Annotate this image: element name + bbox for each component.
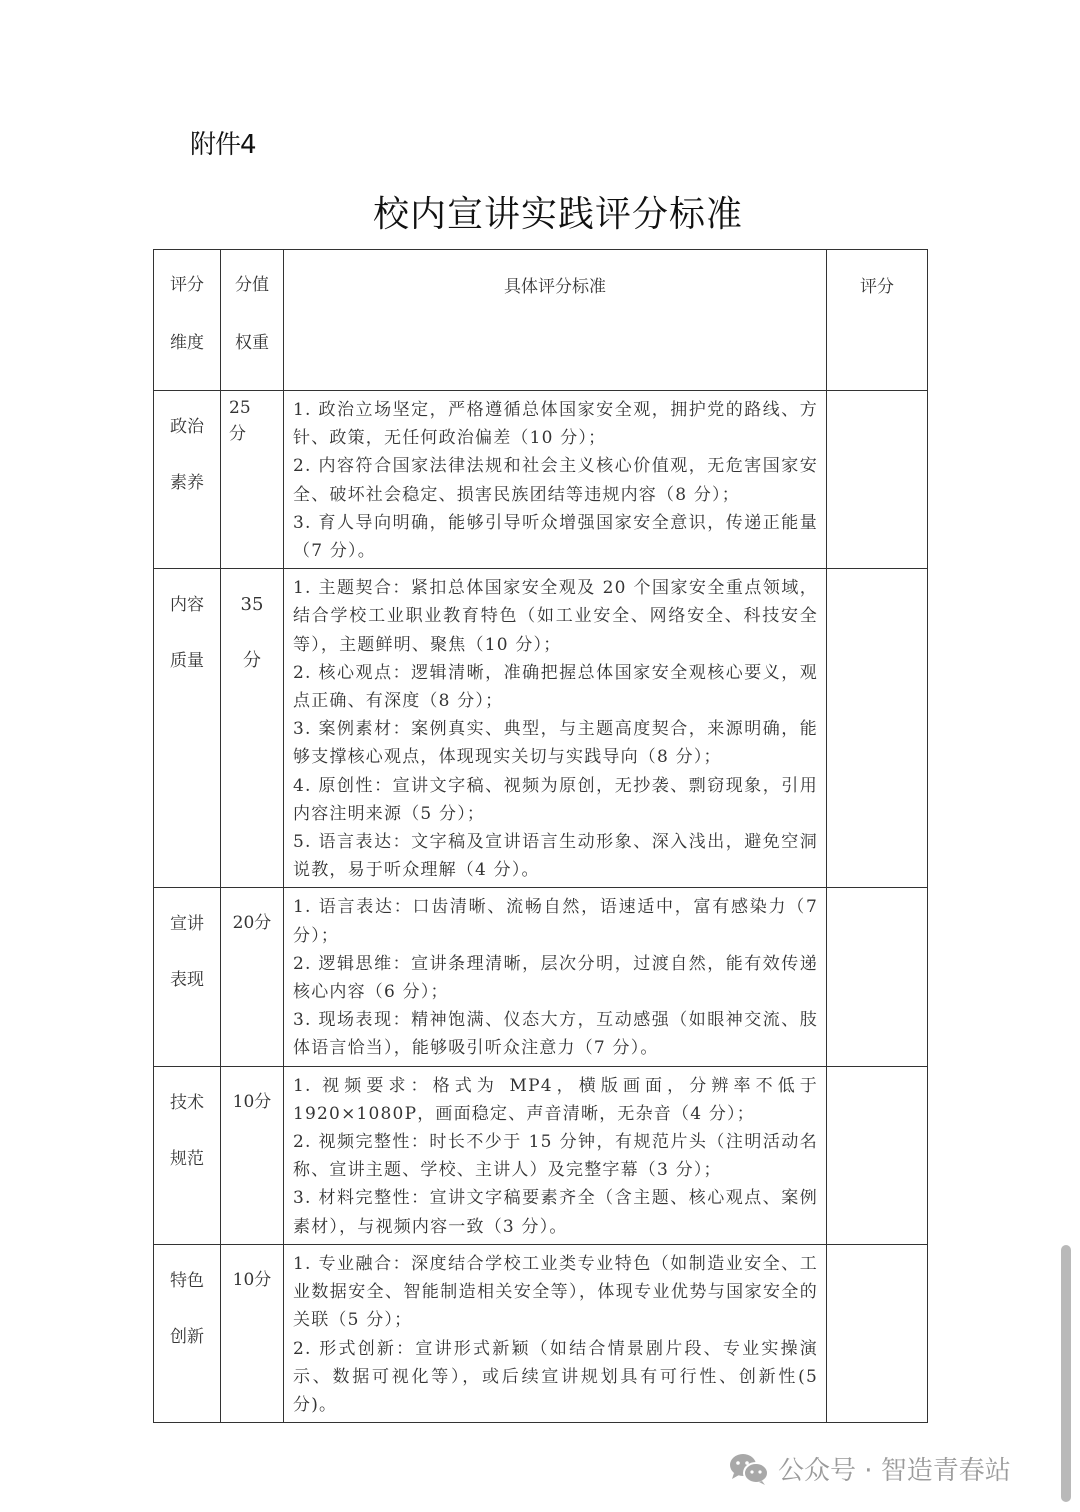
header-dimension-line1: 评分	[154, 256, 220, 314]
row-dimension: 特色 创新	[154, 1244, 221, 1422]
header-weight: 分值 权重	[221, 250, 284, 391]
criteria-item: 3. 案例素材：案例真实、典型，与主题高度契合，来源明确，能够支撑核心观点，体现…	[293, 715, 818, 771]
header-score: 评分	[827, 250, 928, 391]
score-input-cell[interactable]	[827, 569, 928, 888]
dimension-line1: 内容	[154, 577, 220, 633]
criteria-item: 3. 材料完整性：宣讲文字稿要素齐全（含主题、核心观点、案例素材），与视频内容一…	[293, 1184, 818, 1240]
row-dimension: 内容 质量	[154, 569, 221, 888]
row-weight: 35 分	[221, 569, 284, 888]
wechat-icon	[728, 1452, 770, 1486]
table-row: 特色 创新 10分 1. 专业融合：深度结合学校工业类专业特色（如制造业安全、工…	[154, 1244, 928, 1422]
table-row: 政治 素养 25 分 1. 政治立场坚定，严格遵循总体国家安全观，拥护党的路线、…	[154, 391, 928, 569]
row-criteria: 1. 视频要求：格式为 MP4，横版画面，分辨率不低于 1920×1080P，画…	[284, 1066, 827, 1244]
criteria-item: 1. 政治立场坚定，严格遵循总体国家安全观，拥护党的路线、方针、政策，无任何政治…	[293, 396, 818, 452]
header-dimension: 评分 维度	[154, 250, 221, 391]
criteria-item: 3. 育人导向明确，能够引导听众增强国家安全意识，传递正能量（7 分）。	[293, 509, 818, 565]
header-dimension-line2: 维度	[154, 314, 220, 372]
weight-line2: 分	[221, 633, 283, 689]
dimension-line1: 技术	[154, 1075, 220, 1131]
dimension-line2: 表现	[154, 952, 220, 1008]
table-row: 技术 规范 10分 1. 视频要求：格式为 MP4，横版画面，分辨率不低于 19…	[154, 1066, 928, 1244]
criteria-item: 4. 原创性：宣讲文字稿、视频为原创，无抄袭、剽窃现象，引用内容注明来源（5 分…	[293, 772, 818, 828]
dimension-line1: 特色	[154, 1253, 220, 1309]
criteria-item: 1. 主题契合：紧扣总体国家安全观及 20 个国家安全重点领域，结合学校工业职业…	[293, 574, 818, 659]
watermark: 公众号 · 智造青春站	[728, 1450, 1011, 1487]
row-criteria: 1. 政治立场坚定，严格遵循总体国家安全观，拥护党的路线、方针、政策，无任何政治…	[284, 391, 827, 569]
header-weight-line2: 权重	[221, 314, 283, 372]
table-header-row: 评分 维度 分值 权重 具体评分标准 评分	[154, 250, 928, 391]
weight-line2: 分	[229, 421, 283, 447]
score-input-cell[interactable]	[827, 888, 928, 1066]
criteria-item: 2. 核心观点：逻辑清晰，准确把握总体国家安全观核心要义，观点正确、有深度（8 …	[293, 659, 818, 715]
row-dimension: 技术 规范	[154, 1066, 221, 1244]
weight-line1: 25	[229, 395, 283, 421]
criteria-item: 2. 形式创新：宣讲形式新颖（如结合情景剧片段、专业实操演示、数据可视化等），或…	[293, 1335, 818, 1420]
criteria-item: 2. 内容符合国家法律法规和社会主义核心价值观，无危害国家安全、破坏社会稳定、损…	[293, 452, 818, 508]
row-criteria: 1. 专业融合：深度结合学校工业类专业特色（如制造业安全、工业数据安全、智能制造…	[284, 1244, 827, 1422]
dimension-line2: 素养	[154, 455, 220, 511]
dimension-line2: 质量	[154, 633, 220, 689]
dimension-line2: 创新	[154, 1309, 220, 1365]
weight-value: 20分	[221, 908, 283, 933]
criteria-item: 2. 逻辑思维：宣讲条理清晰，层次分明，过渡自然，能有效传递核心内容（6 分）；	[293, 950, 818, 1006]
watermark-text: 公众号 · 智造青春站	[778, 1450, 1011, 1487]
header-criteria: 具体评分标准	[284, 250, 827, 391]
weight-value: 10分	[221, 1265, 283, 1290]
score-input-cell[interactable]	[827, 391, 928, 569]
table-row: 宣讲 表现 20分 1. 语言表达：口齿清晰、流畅自然，语速适中，富有感染力（7…	[154, 888, 928, 1066]
row-criteria: 1. 语言表达：口齿清晰、流畅自然，语速适中，富有感染力（7 分）； 2. 逻辑…	[284, 888, 827, 1066]
row-weight: 20分	[221, 888, 284, 1066]
weight-value: 10分	[221, 1087, 283, 1112]
document-title: 校内宣讲实践评分标准	[0, 186, 1080, 237]
criteria-item: 3. 现场表现：精神饱满、仪态大方，互动感强（如眼神交流、肢体语言恰当），能够吸…	[293, 1006, 818, 1062]
row-weight: 25 分	[221, 391, 284, 569]
header-weight-line1: 分值	[221, 256, 283, 314]
row-weight: 10分	[221, 1244, 284, 1422]
attachment-label: 附件4	[190, 124, 256, 161]
scoring-table: 评分 维度 分值 权重 具体评分标准 评分 政治 素养 25 分 1. 政治立场…	[153, 249, 928, 1423]
row-weight: 10分	[221, 1066, 284, 1244]
row-criteria: 1. 主题契合：紧扣总体国家安全观及 20 个国家安全重点领域，结合学校工业职业…	[284, 569, 827, 888]
criteria-item: 5. 语言表达：文字稿及宣讲语言生动形象、深入浅出，避免空洞说教，易于听众理解（…	[293, 828, 818, 884]
scrollbar[interactable]	[1061, 1245, 1071, 1502]
table-row: 内容 质量 35 分 1. 主题契合：紧扣总体国家安全观及 20 个国家安全重点…	[154, 569, 928, 888]
score-input-cell[interactable]	[827, 1244, 928, 1422]
criteria-item: 1. 专业融合：深度结合学校工业类专业特色（如制造业安全、工业数据安全、智能制造…	[293, 1250, 818, 1335]
row-dimension: 政治 素养	[154, 391, 221, 569]
criteria-item: 1. 语言表达：口齿清晰、流畅自然，语速适中，富有感染力（7 分）；	[293, 893, 818, 949]
row-dimension: 宣讲 表现	[154, 888, 221, 1066]
dimension-line2: 规范	[154, 1131, 220, 1187]
criteria-item: 2. 视频完整性：时长不少于 15 分钟，有规范片头（注明活动名称、宣讲主题、学…	[293, 1128, 818, 1184]
dimension-line1: 宣讲	[154, 896, 220, 952]
dimension-line1: 政治	[154, 399, 220, 455]
criteria-item: 1. 视频要求：格式为 MP4，横版画面，分辨率不低于 1920×1080P，画…	[293, 1072, 818, 1128]
score-input-cell[interactable]	[827, 1066, 928, 1244]
weight-line1: 35	[221, 577, 283, 633]
